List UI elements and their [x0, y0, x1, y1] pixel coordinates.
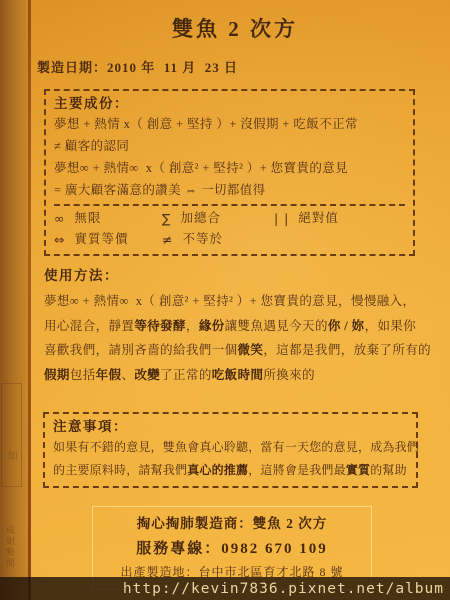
text-segment: 的幫助	[370, 463, 407, 477]
text-segment: = 廣大顧客滿意的讚美 ⇔ 一切都值得	[54, 183, 266, 197]
legend-row: ∞ 無限 ∑ 加總合 | | 絕對值	[54, 208, 405, 229]
text-segment: 包括	[70, 368, 96, 382]
absolute-value-symbol: | |	[274, 208, 289, 229]
date-value: 2010 年 11 月 23 日	[107, 60, 238, 75]
text-segment: 所換來的	[263, 368, 315, 382]
text-segment: ，	[186, 319, 199, 333]
text-segment: 、	[121, 368, 134, 382]
page-edge-strip	[0, 0, 30, 600]
text-line: 如果有不錯的意見，雙魚會真心聆聽，當有一天您的意見，成為我們	[53, 436, 408, 459]
usage-header: 使用方法：	[44, 267, 436, 285]
text-line: ≠ 顧客的認同	[54, 135, 405, 157]
notes-header: 注意事項：	[53, 418, 408, 436]
manufacturer-value: 雙魚 2 次方	[253, 516, 328, 531]
text-segment: 微笑	[238, 343, 264, 357]
legend-label: 無限	[74, 208, 101, 229]
page-title: 雙魚 2 次方	[35, 13, 435, 43]
text-segment: 了正常的	[160, 368, 212, 382]
text-line: = 廣大顧客滿意的讚美 ⇔ 一切都值得	[54, 179, 405, 201]
watermark-url: http://kevin7836.pixnet.net/album	[123, 581, 444, 597]
text-line: 喜歡我們，請別吝嗇的給我們一個微笑，這都是我們，放棄了所有的	[44, 338, 436, 363]
text-segment: 讓雙魚遇見今天的	[225, 319, 328, 333]
text-line: 夢想∞ + 熱情∞ x（ 創意² + 堅持² ）+ 您寶貴的意見，慢慢融入，	[44, 289, 436, 314]
text-segment: 緣份	[199, 319, 225, 333]
legend-item-equivalence: ⇔ 實質等價	[54, 229, 162, 250]
text-segment: 吃飯時間	[212, 368, 264, 382]
ingredients-header: 主要成份：	[54, 95, 405, 113]
legend-label: 實質等價	[74, 229, 128, 250]
notes-section: 注意事項： 如果有不錯的意見，雙魚會真心聆聽，當有一天您的意見，成為我們的主要原…	[43, 412, 418, 488]
text-segment: 的主要原料時，請幫我們	[53, 463, 187, 477]
text-segment: 夢想∞ + 熱情∞ x（ 創意² + 堅持² ）+ 您寶貴的意見，慢慢融入，	[44, 294, 415, 308]
hotline-label: 服務專線：	[136, 541, 221, 557]
text-line: 的主要原料時，請幫我們真心的推薦，這將會是我們最實質的幫助	[53, 459, 408, 482]
text-segment: 夢想∞ + 熱情∞ x（ 創意² + 堅持² ）+ 您寶貴的意見	[54, 161, 348, 175]
legend-row: ⇔ 實質等價 ≠ 不等於	[54, 229, 405, 250]
service-hotline-line: 服務專線：0982 670 109	[93, 536, 371, 562]
legend-label: 不等於	[182, 229, 223, 250]
equivalence-arrow-symbol: ⇔	[54, 229, 65, 250]
legend-label: 加總合	[180, 208, 221, 229]
background-page-box	[1, 383, 22, 487]
text-segment: 真心的推薦	[187, 463, 248, 477]
legend-label: 絕對值	[298, 208, 339, 229]
ingredients-formula-lines: 夢想 + 熱情 x（ 創意 + 堅持 ）+ 沒假期 + 吃飯不正常≠ 顧客的認同…	[54, 113, 405, 201]
text-line: 夢想 + 熱情 x（ 創意 + 堅持 ）+ 沒假期 + 吃飯不正常	[54, 113, 405, 135]
symbol-legend: ∞ 無限 ∑ 加總合 | | 絕對值 ⇔ 實質等價 ≠	[54, 204, 405, 250]
background-page-text: 成姐點閒	[4, 525, 15, 569]
legend-item-absolute: | | 絕對值	[274, 208, 339, 229]
manufacturer-label: 掏心掏肺製造商：	[137, 516, 253, 531]
watermark-bar: http://kevin7836.pixnet.net/album	[0, 577, 450, 600]
background-page-text: 加	[5, 450, 16, 460]
text-segment: ，這都是我們，放棄了所有的	[263, 343, 431, 357]
manufacture-date-line: 製造日期：2010 年 11 月 23 日	[37, 57, 238, 76]
text-segment: 夢想 + 熱情 x（ 創意 + 堅持 ）+ 沒假期 + 吃飯不正常	[54, 117, 358, 131]
text-line: 假期包括年假、改變了正常的吃飯時間所換來的	[44, 363, 436, 388]
text-segment: ，這將會是我們最	[248, 463, 346, 477]
text-segment: 改變	[134, 368, 160, 382]
not-equal-symbol: ≠	[162, 229, 173, 250]
ingredients-section: 主要成份： 夢想 + 熱情 x（ 創意 + 堅持 ）+ 沒假期 + 吃飯不正常≠…	[44, 89, 415, 256]
hotline-number: 0982 670 109	[221, 541, 328, 557]
infinity-symbol: ∞	[54, 208, 65, 229]
manufacturer-line: 掏心掏肺製造商：雙魚 2 次方	[93, 512, 371, 536]
legend-item-not-equal: ≠ 不等於	[162, 229, 223, 250]
summation-symbol: ∑	[162, 208, 171, 229]
notes-lines: 如果有不錯的意見，雙魚會真心聆聽，當有一天您的意見，成為我們的主要原料時，請幫我…	[53, 436, 408, 481]
legend-item-infinity: ∞ 無限	[54, 208, 162, 229]
text-segment: 假期	[44, 368, 70, 382]
text-segment: 用心混合，靜置	[44, 319, 134, 333]
usage-section: 使用方法： 夢想∞ + 熱情∞ x（ 創意² + 堅持² ）+ 您寶貴的意見，慢…	[44, 267, 436, 387]
page-crease-line	[28, 0, 31, 600]
text-segment: ≠ 顧客的認同	[54, 139, 129, 153]
photographed-flyer: 加 成姐點閒 雙魚 2 次方 製造日期：2010 年 11 月 23 日 主要成…	[0, 0, 450, 600]
text-segment: 實質	[346, 463, 370, 477]
text-segment: 如果有不錯的意見，雙魚會真心聆聽，當有一天您的意見，成為我們	[53, 440, 419, 454]
text-segment: 你 / 妳	[328, 319, 365, 333]
date-label: 製造日期：	[37, 60, 107, 75]
text-line: 用心混合，靜置等待發酵，緣份讓雙魚遇見今天的你 / 妳，如果你	[44, 314, 436, 339]
legend-item-sum: ∑ 加總合	[162, 208, 274, 229]
text-segment: 等待發酵	[134, 319, 186, 333]
text-segment: 年假	[96, 368, 122, 382]
text-segment: ，如果你	[365, 319, 417, 333]
usage-lines: 夢想∞ + 熱情∞ x（ 創意² + 堅持² ）+ 您寶貴的意見，慢慢融入，用心…	[44, 289, 436, 387]
text-line: 夢想∞ + 熱情∞ x（ 創意² + 堅持² ）+ 您寶貴的意見	[54, 157, 405, 179]
text-segment: 喜歡我們，請別吝嗇的給我們一個	[44, 343, 238, 357]
